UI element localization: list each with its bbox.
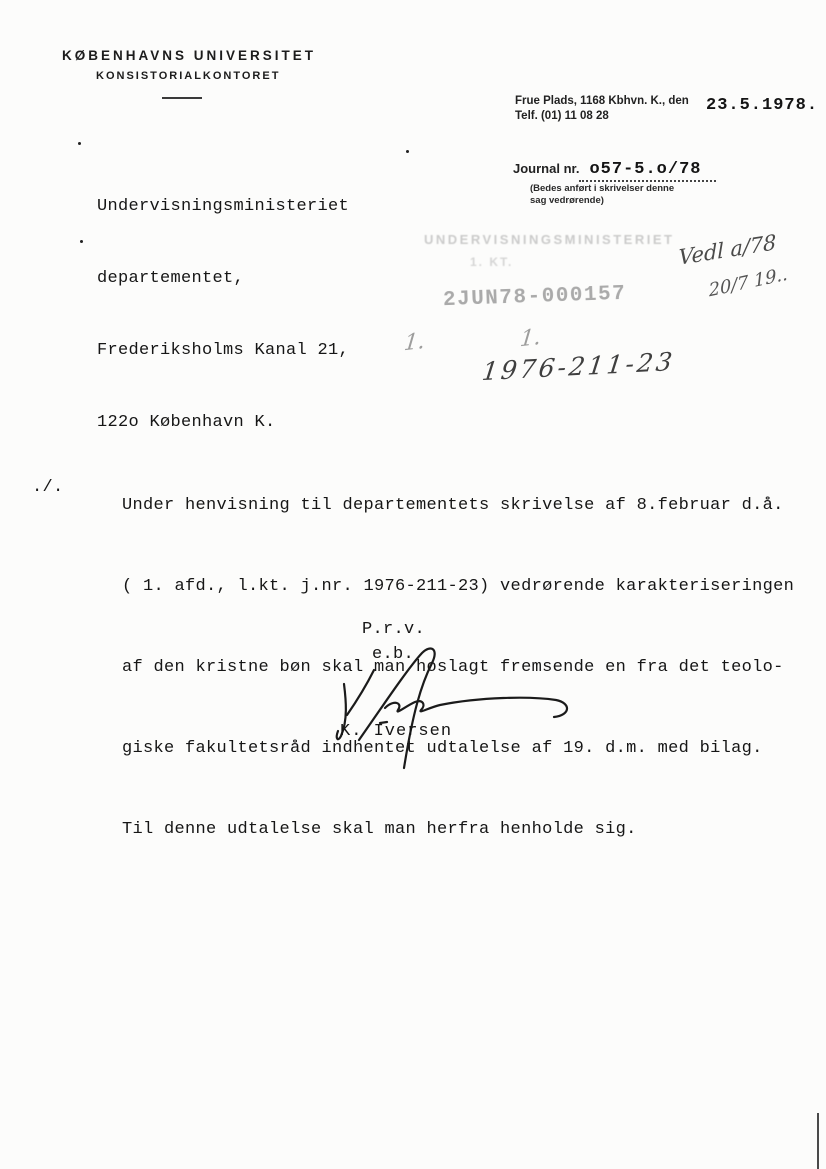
recipient-line: Frederiksholms Kanal 21, [97, 339, 349, 363]
signature-prv: P.r.v. [362, 620, 425, 639]
sender-phone: Telf. (01) 11 08 28 [515, 110, 609, 122]
scan-artifact-dot [406, 150, 409, 153]
body-line: Til denne udtalelse skal man herfra henh… [122, 816, 794, 843]
signature-stroke [385, 698, 567, 717]
journal-label: Journal nr. [513, 161, 579, 176]
recipient-address: Undervisningsministeriet departementet, … [97, 147, 349, 483]
received-stamp-machine: 2JUN78-000157 [443, 283, 627, 312]
journal-note-line: sag vedrørende) [530, 195, 674, 207]
journal-block: Journal nr. o57-5.o/78 [513, 160, 716, 182]
recipient-line: 122o København K. [97, 411, 349, 435]
journal-number: o57-5.o/78 [579, 160, 715, 182]
scanned-letter-page: KØBENHAVNS UNIVERSITET KONSISTORIALKONTO… [0, 0, 826, 1169]
sender-address: Frue Plads, 1168 Kbhvn. K., den [515, 95, 689, 107]
handwritten-journal-ref: 1976-211-23 [480, 347, 676, 386]
recipient-line: departementet, [97, 267, 349, 291]
scan-artifact-dot [80, 240, 83, 243]
letter-date: 23.5.1978. [706, 96, 818, 115]
received-stamp-line2: 1. KT. [470, 255, 513, 269]
journal-note: (Bedes anført i skrivelser denne sag ved… [530, 183, 674, 207]
handwritten-faint-mark: 1. [519, 325, 543, 353]
letterhead-rule [162, 97, 202, 99]
handwritten-faint-mark: 1. [403, 329, 427, 357]
scan-edge-artifact [817, 1113, 819, 1169]
signature-name: K. Iversen [340, 722, 452, 741]
recipient-line: Undervisningsministeriet [97, 195, 349, 219]
received-stamp-line1: UNDERVISNINGSMINISTERIET [424, 232, 674, 247]
handwritten-note-2: 20/7 19.. [708, 264, 788, 302]
letterhead-organization: KØBENHAVNS UNIVERSITET [62, 48, 316, 63]
body-line: Under henvisning til departementets skri… [122, 492, 794, 519]
enclosure-mark: ./. [32, 478, 64, 497]
signature-stroke [347, 670, 374, 715]
signature-handwriting [328, 642, 578, 772]
letterhead-office: KONSISTORIALKONTORET [96, 70, 280, 82]
handwritten-note-1: Vedl a/78 [678, 230, 776, 270]
scan-artifact-dot [78, 142, 81, 145]
journal-note-line: (Bedes anført i skrivelser denne [530, 183, 674, 195]
body-line: ( 1. afd., l.kt. j.nr. 1976-211-23) vedr… [122, 573, 794, 600]
